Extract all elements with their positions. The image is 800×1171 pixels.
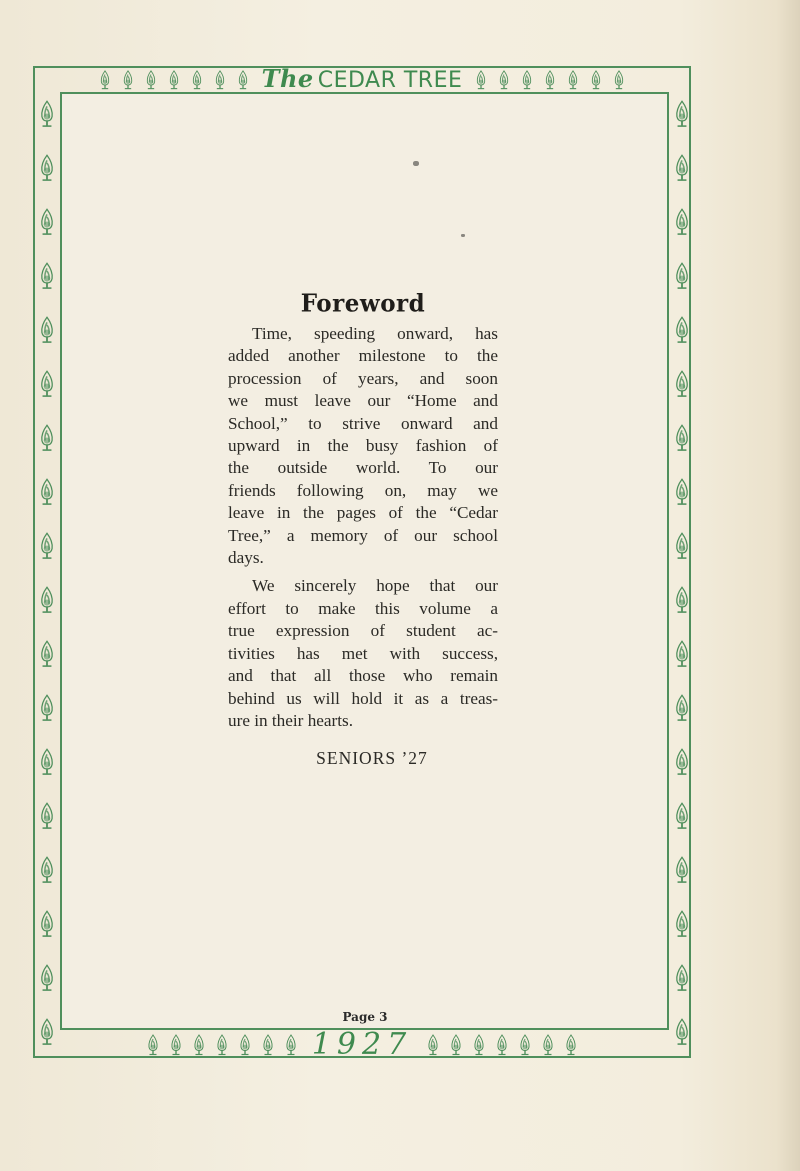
cedar-tree-icon	[672, 100, 692, 128]
cedar-tree-icon	[261, 1034, 275, 1056]
footer-year: 1927	[312, 1032, 412, 1058]
cedar-tree-icon	[37, 856, 57, 884]
text-line: we must leave our “Home and	[228, 390, 498, 412]
cedar-tree-icon	[564, 1034, 578, 1056]
title-main: CEDAR TREE	[318, 68, 463, 93]
header-left-trees	[98, 70, 250, 90]
text-line: School,” to strive onward and	[228, 413, 498, 435]
header-band: TheCEDAR TREE	[35, 68, 689, 92]
cedar-tree-icon	[589, 70, 603, 90]
cedar-tree-icon	[474, 70, 488, 90]
cedar-tree-icon	[672, 640, 692, 668]
cedar-tree-icon	[37, 910, 57, 938]
cedar-tree-icon	[672, 856, 692, 884]
footer-band: 1927	[35, 1032, 689, 1058]
text-line: added another milestone to the	[228, 345, 498, 367]
cedar-tree-icon	[37, 100, 57, 128]
footer-right-trees	[426, 1034, 578, 1056]
text-line: ure in their hearts.	[228, 710, 498, 732]
text-line: true expression of student ac-	[228, 620, 498, 642]
left-tree-column	[34, 100, 60, 1035]
text-line: Time, speeding onward, has	[228, 323, 498, 345]
cedar-tree-icon	[37, 424, 57, 452]
header-right-trees	[474, 70, 626, 90]
cedar-tree-icon	[98, 70, 112, 90]
cedar-tree-icon	[426, 1034, 440, 1056]
cedar-tree-icon	[37, 262, 57, 290]
cedar-tree-icon	[520, 70, 534, 90]
cedar-tree-icon	[144, 70, 158, 90]
cedar-tree-icon	[672, 910, 692, 938]
title-prefix: The	[262, 64, 314, 93]
text-line: procession of years, and soon	[228, 368, 498, 390]
cedar-tree-icon	[672, 964, 692, 992]
cedar-tree-icon	[672, 262, 692, 290]
foreword-section: Foreword Time, speeding onward, has adde…	[228, 290, 498, 769]
text-line: We sincerely hope that our	[228, 575, 498, 597]
cedar-tree-icon	[37, 748, 57, 776]
yearbook-title: TheCEDAR TREE	[262, 67, 463, 93]
cedar-tree-icon	[37, 802, 57, 830]
text-line: Tree,” a memory of our school	[228, 525, 498, 547]
cedar-tree-icon	[541, 1034, 555, 1056]
text-line: days.	[228, 547, 498, 569]
cedar-tree-icon	[121, 70, 135, 90]
text-line: the outside world. To our	[228, 457, 498, 479]
cedar-tree-icon	[472, 1034, 486, 1056]
cedar-tree-icon	[449, 1034, 463, 1056]
text-line: upward in the busy fashion of	[228, 435, 498, 457]
cedar-tree-icon	[192, 1034, 206, 1056]
foreword-paragraph-2: We sincerely hope that our effort to mak…	[228, 575, 498, 732]
cedar-tree-icon	[497, 70, 511, 90]
cedar-tree-icon	[672, 748, 692, 776]
text-line: leave in the pages of the “Cedar	[228, 502, 498, 524]
foreword-paragraph-1: Time, speeding onward, has added another…	[228, 323, 498, 569]
cedar-tree-icon	[37, 208, 57, 236]
cedar-tree-icon	[37, 586, 57, 614]
cedar-tree-icon	[146, 1034, 160, 1056]
cedar-tree-icon	[37, 316, 57, 344]
cedar-tree-icon	[37, 532, 57, 560]
yearbook-page: TheCEDAR TREE 1927 Foreword Time, speedi…	[0, 0, 800, 1171]
cedar-tree-icon	[672, 208, 692, 236]
cedar-tree-icon	[169, 1034, 183, 1056]
scan-speck	[461, 234, 465, 237]
cedar-tree-icon	[37, 640, 57, 668]
cedar-tree-icon	[672, 586, 692, 614]
footer-left-trees	[146, 1034, 298, 1056]
right-tree-column	[669, 100, 695, 1035]
cedar-tree-icon	[190, 70, 204, 90]
cedar-tree-icon	[37, 964, 57, 992]
cedar-tree-icon	[672, 802, 692, 830]
cedar-tree-icon	[672, 694, 692, 722]
scan-speck	[413, 161, 419, 166]
signature: SENIORS ’27	[228, 748, 498, 769]
cedar-tree-icon	[284, 1034, 298, 1056]
cedar-tree-icon	[236, 70, 250, 90]
cedar-tree-icon	[37, 694, 57, 722]
cedar-tree-icon	[37, 154, 57, 182]
cedar-tree-icon	[37, 478, 57, 506]
cedar-tree-icon	[215, 1034, 229, 1056]
cedar-tree-icon	[213, 70, 227, 90]
cedar-tree-icon	[495, 1034, 509, 1056]
cedar-tree-icon	[672, 532, 692, 560]
page-number: Page 3	[0, 1010, 730, 1024]
cedar-tree-icon	[612, 70, 626, 90]
cedar-tree-icon	[167, 70, 181, 90]
text-line: and that all those who remain	[228, 665, 498, 687]
text-line: friends following on, may we	[228, 480, 498, 502]
cedar-tree-icon	[672, 424, 692, 452]
cedar-tree-icon	[672, 316, 692, 344]
text-line: tivities has met with success,	[228, 643, 498, 665]
cedar-tree-icon	[566, 70, 580, 90]
cedar-tree-icon	[238, 1034, 252, 1056]
cedar-tree-icon	[672, 478, 692, 506]
cedar-tree-icon	[672, 154, 692, 182]
text-line: effort to make this volume a	[228, 598, 498, 620]
cedar-tree-icon	[518, 1034, 532, 1056]
foreword-heading: Foreword	[228, 289, 498, 317]
cedar-tree-icon	[543, 70, 557, 90]
text-line: behind us will hold it as a treas-	[228, 688, 498, 710]
cedar-tree-icon	[37, 370, 57, 398]
cedar-tree-icon	[672, 370, 692, 398]
